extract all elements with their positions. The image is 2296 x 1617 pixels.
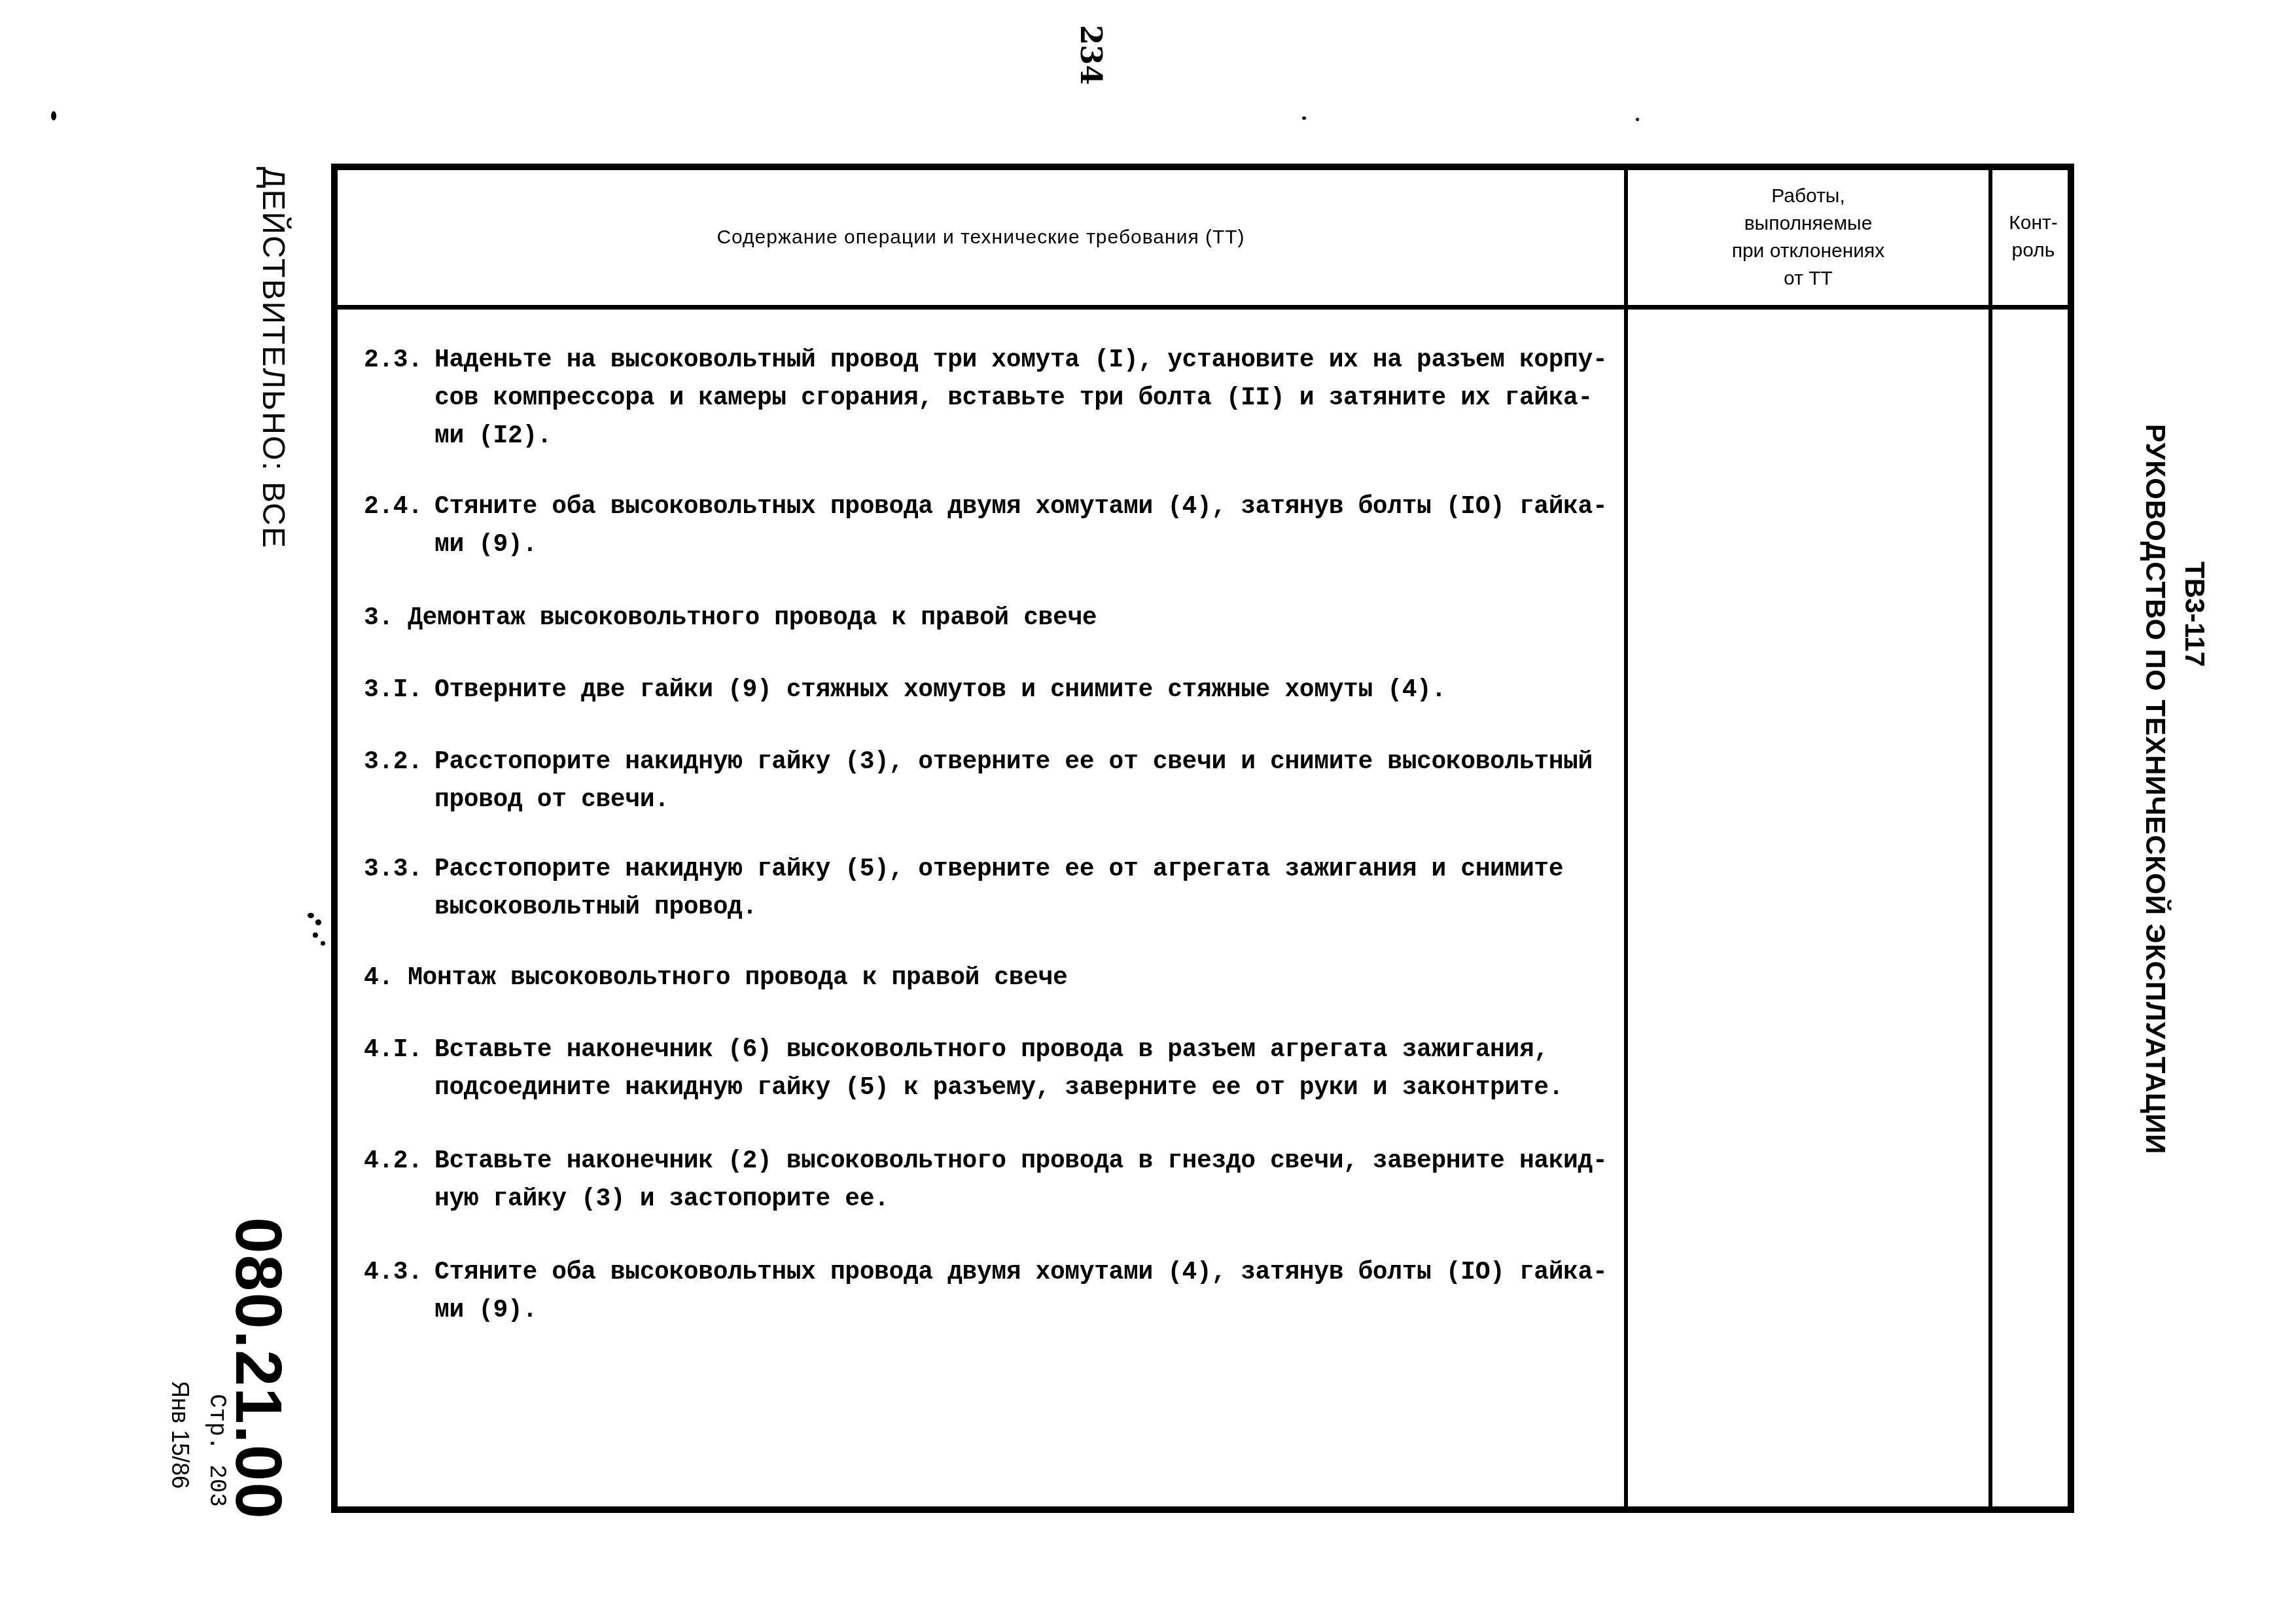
operation-item: 3.3.Расстопорите накидную гайку (5), отв… — [364, 851, 1614, 927]
page-number-mark: 234 — [1074, 25, 1107, 85]
scan-mark — [313, 933, 318, 938]
header-deviations-line: Работы, — [1771, 183, 1845, 210]
item-number: 3.3. — [364, 851, 434, 889]
item-text: высоковольтный провод. — [364, 889, 1614, 927]
item-text: провод от свечи. — [364, 781, 1614, 819]
header-deviations: Работы, выполняемые при отклонениях от Т… — [1628, 170, 1988, 305]
page-label: Стр. 203 — [203, 1394, 230, 1507]
header-control-line: Конт- — [2009, 209, 2057, 237]
column-divider — [1624, 170, 1628, 1506]
header-control-line: роль — [2012, 237, 2055, 264]
item-text: сов компрессора и камеры сгорания, встав… — [364, 380, 1614, 418]
header-control: Конт- роль — [1992, 170, 2074, 305]
section-heading: 3. Демонтаж высоковольтного провода к пр… — [364, 599, 1614, 637]
item-text: ную гайку (3) и застопорите ее. — [364, 1181, 1614, 1218]
item-number: 4.I. — [364, 1031, 434, 1069]
item-number: 4.2. — [364, 1143, 434, 1181]
header-deviations-line: выполняемые — [1744, 210, 1873, 238]
item-text: ми (I2). — [364, 418, 1614, 455]
item-text: Вставьте наконечник (2) высоковольтного … — [434, 1147, 1607, 1175]
operation-item: 2.4.Стяните оба высоковольтных провода д… — [364, 488, 1614, 564]
operation-item: 4.I.Вставьте наконечник (6) высоковольтн… — [364, 1031, 1614, 1107]
item-text: Демонтаж высоковольтного провода к право… — [408, 604, 1097, 632]
item-text: Стяните оба высоковольтных провода двумя… — [434, 1258, 1607, 1287]
header-deviations-line: от ТТ — [1784, 265, 1833, 293]
validity-stamp: ДЕЙСТВИТЕЛЬНО: ВСЕ — [255, 167, 291, 549]
header-divider — [338, 305, 2068, 310]
header-deviations-line: при отклонениях — [1732, 238, 1885, 265]
revision-date: Янв 15/86 — [166, 1381, 194, 1489]
operation-item: 4.2.Вставьте наконечник (2) высоковольтн… — [364, 1143, 1614, 1218]
section-code: 080.21.00 — [221, 1217, 296, 1520]
item-number: 2.3. — [364, 342, 434, 380]
manual-title: РУКОВОДСТВО ПО ТЕХНИЧЕСКОЙ ЭКСПЛУАТАЦИИ — [2140, 424, 2171, 1154]
item-text: ми (9). — [364, 526, 1614, 564]
scan-mark — [315, 919, 321, 925]
section-heading: 4. Монтаж высоковольтного провода к прав… — [364, 959, 1614, 997]
item-text: ми (9). — [364, 1292, 1614, 1330]
operation-item: 4.3.Стяните оба высоковольтных провода д… — [364, 1254, 1614, 1330]
header-content: Содержание операции и технические требов… — [338, 170, 1624, 305]
operation-item: 3.2.Расстопорите накидную гайку (3), отв… — [364, 743, 1614, 819]
item-text: подсоедините накидную гайку (5) к разъем… — [364, 1069, 1614, 1107]
column-divider — [1988, 170, 1992, 1506]
scan-mark — [51, 111, 56, 120]
item-number: 4.3. — [364, 1254, 434, 1292]
item-number: 4. — [364, 964, 393, 992]
scan-mark — [1636, 118, 1639, 121]
operation-item: 3.I.Отверните две гайки (9) стяжных хому… — [364, 671, 1614, 709]
item-text: Монтаж высоковольтного провода к правой … — [408, 964, 1067, 992]
operations-table: Содержание операции и технические требов… — [331, 164, 2074, 1513]
item-text: Расстопорите накидную гайку (5), отверни… — [434, 855, 1563, 883]
item-number: 3. — [364, 604, 393, 632]
scan-mark — [308, 913, 314, 918]
item-number: 3.2. — [364, 743, 434, 781]
scan-mark — [1302, 116, 1306, 120]
item-text: Наденьте на высоковольтный провод три хо… — [434, 346, 1607, 374]
item-text: Расстопорите накидную гайку (3), отверни… — [434, 748, 1593, 776]
item-text: Отверните две гайки (9) стяжных хомутов … — [434, 676, 1446, 704]
operation-item: 2.3.Наденьте на высоковольтный провод тр… — [364, 342, 1614, 455]
engine-model: ТВ3-117 — [2179, 561, 2210, 667]
item-number: 2.4. — [364, 488, 434, 526]
item-text: Вставьте наконечник (6) высоковольтного … — [434, 1036, 1549, 1064]
scan-mark — [321, 941, 325, 946]
item-number: 3.I. — [364, 671, 434, 709]
item-text: Стяните оба высоковольтных провода двумя… — [434, 493, 1607, 521]
